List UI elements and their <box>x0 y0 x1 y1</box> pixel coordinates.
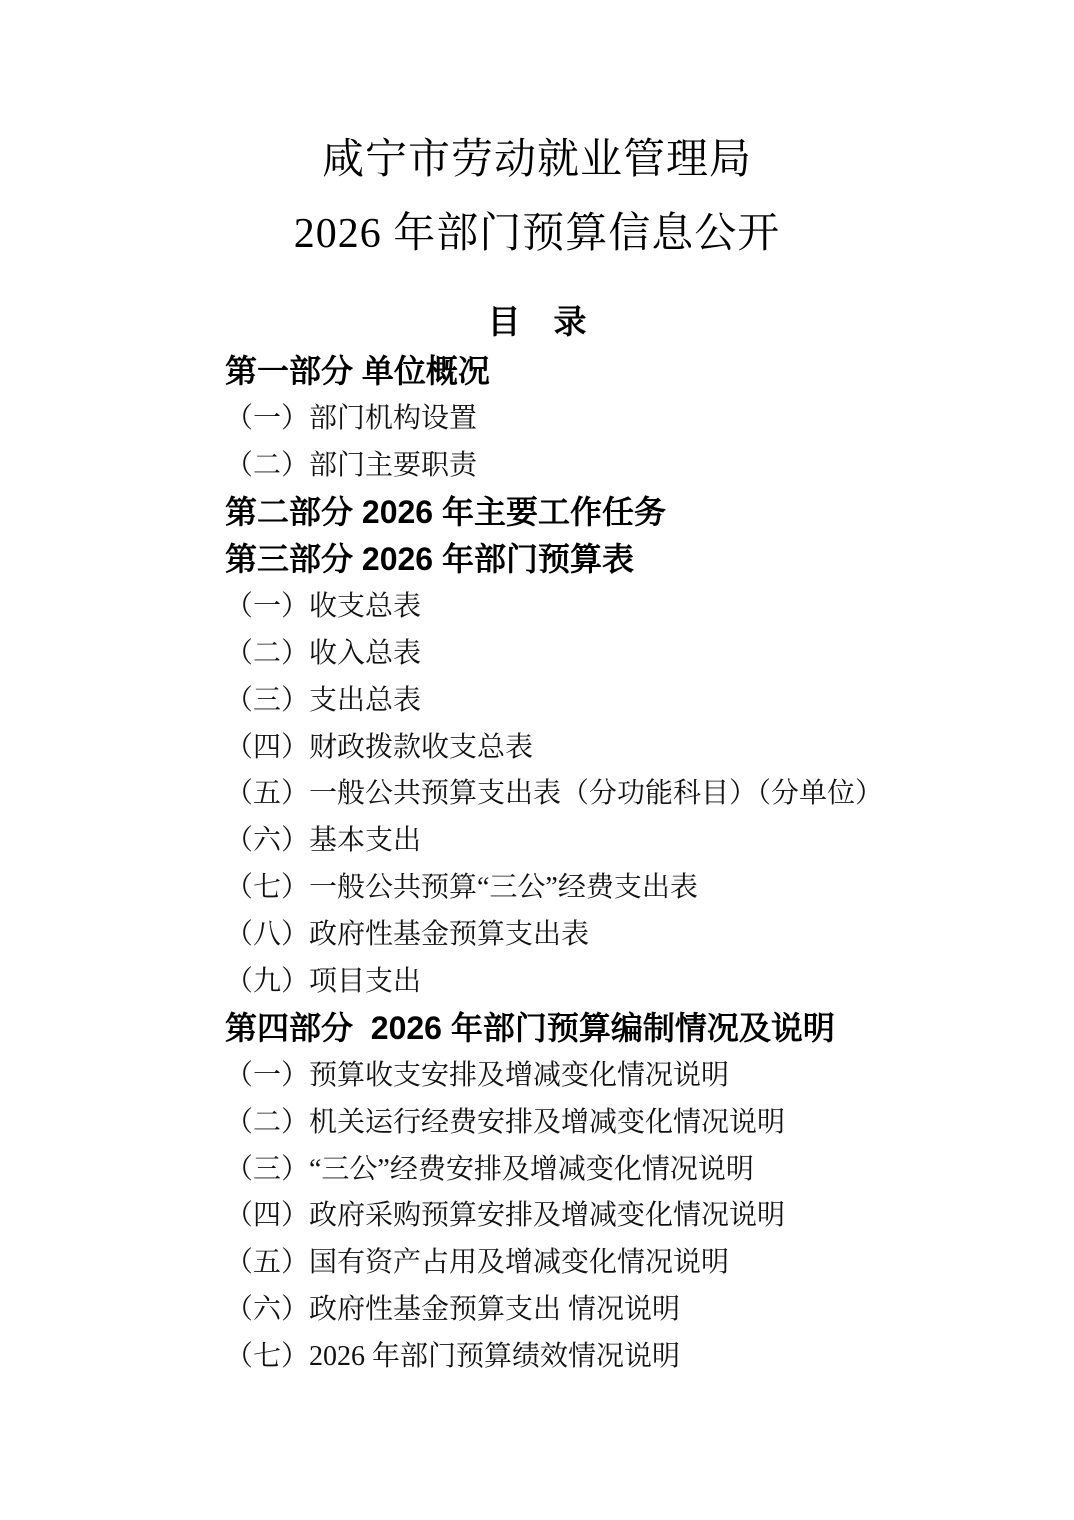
toc-item: （二）部门主要职责 <box>225 440 1034 487</box>
toc-item: （七）一般公共预算“三公”经费支出表 <box>225 862 1034 909</box>
toc-section-heading: 第四部分 2026 年部门预算编制情况及说明 <box>225 1002 1034 1049</box>
toc-item: （四）财政拨款收支总表 <box>225 721 1034 768</box>
toc-item: （八）政府性基金预算支出表 <box>225 909 1034 956</box>
toc-item: （七）2026 年部门预算绩效情况说明 <box>225 1331 1034 1378</box>
toc-item: （三）“三公”经费安排及增减变化情况说明 <box>225 1143 1034 1190</box>
toc-item: （五）国有资产占用及增减变化情况说明 <box>225 1237 1034 1284</box>
document-page: 咸宁市劳动就业管理局 2026 年部门预算信息公开 目 录 第一部分 单位概况（… <box>0 0 1074 1520</box>
toc-item: （一）收支总表 <box>225 580 1034 627</box>
toc-item: （三）支出总表 <box>225 674 1034 721</box>
toc-item: （五）一般公共预算支出表（分功能科目）（分单位） <box>225 768 1034 815</box>
toc-item: （一）部门机构设置 <box>225 393 1034 440</box>
toc-item: （二）收入总表 <box>225 627 1034 674</box>
toc-section-heading: 第二部分 2026 年主要工作任务 <box>225 487 1034 534</box>
document-title-line-1: 咸宁市劳动就业管理局 <box>0 126 1074 186</box>
toc-section-heading: 第一部分 单位概况 <box>225 346 1034 393</box>
toc-section-heading: 第三部分 2026 年部门预算表 <box>225 534 1034 581</box>
toc-item: （四）政府采购预算安排及增减变化情况说明 <box>225 1190 1034 1237</box>
document-title-line-2: 2026 年部门预算信息公开 <box>0 200 1074 260</box>
toc-item: （一）预算收支安排及增减变化情况说明 <box>225 1049 1034 1096</box>
toc-item: （六）政府性基金预算支出 情况说明 <box>225 1284 1034 1331</box>
toc-heading: 目 录 <box>0 296 1074 343</box>
toc-item: （二）机关运行经费安排及增减变化情况说明 <box>225 1096 1034 1143</box>
toc-item: （六）基本支出 <box>225 815 1034 862</box>
toc-list: 第一部分 单位概况（一）部门机构设置（二）部门主要职责第二部分 2026 年主要… <box>225 346 1034 1378</box>
toc-item: （九）项目支出 <box>225 956 1034 1003</box>
